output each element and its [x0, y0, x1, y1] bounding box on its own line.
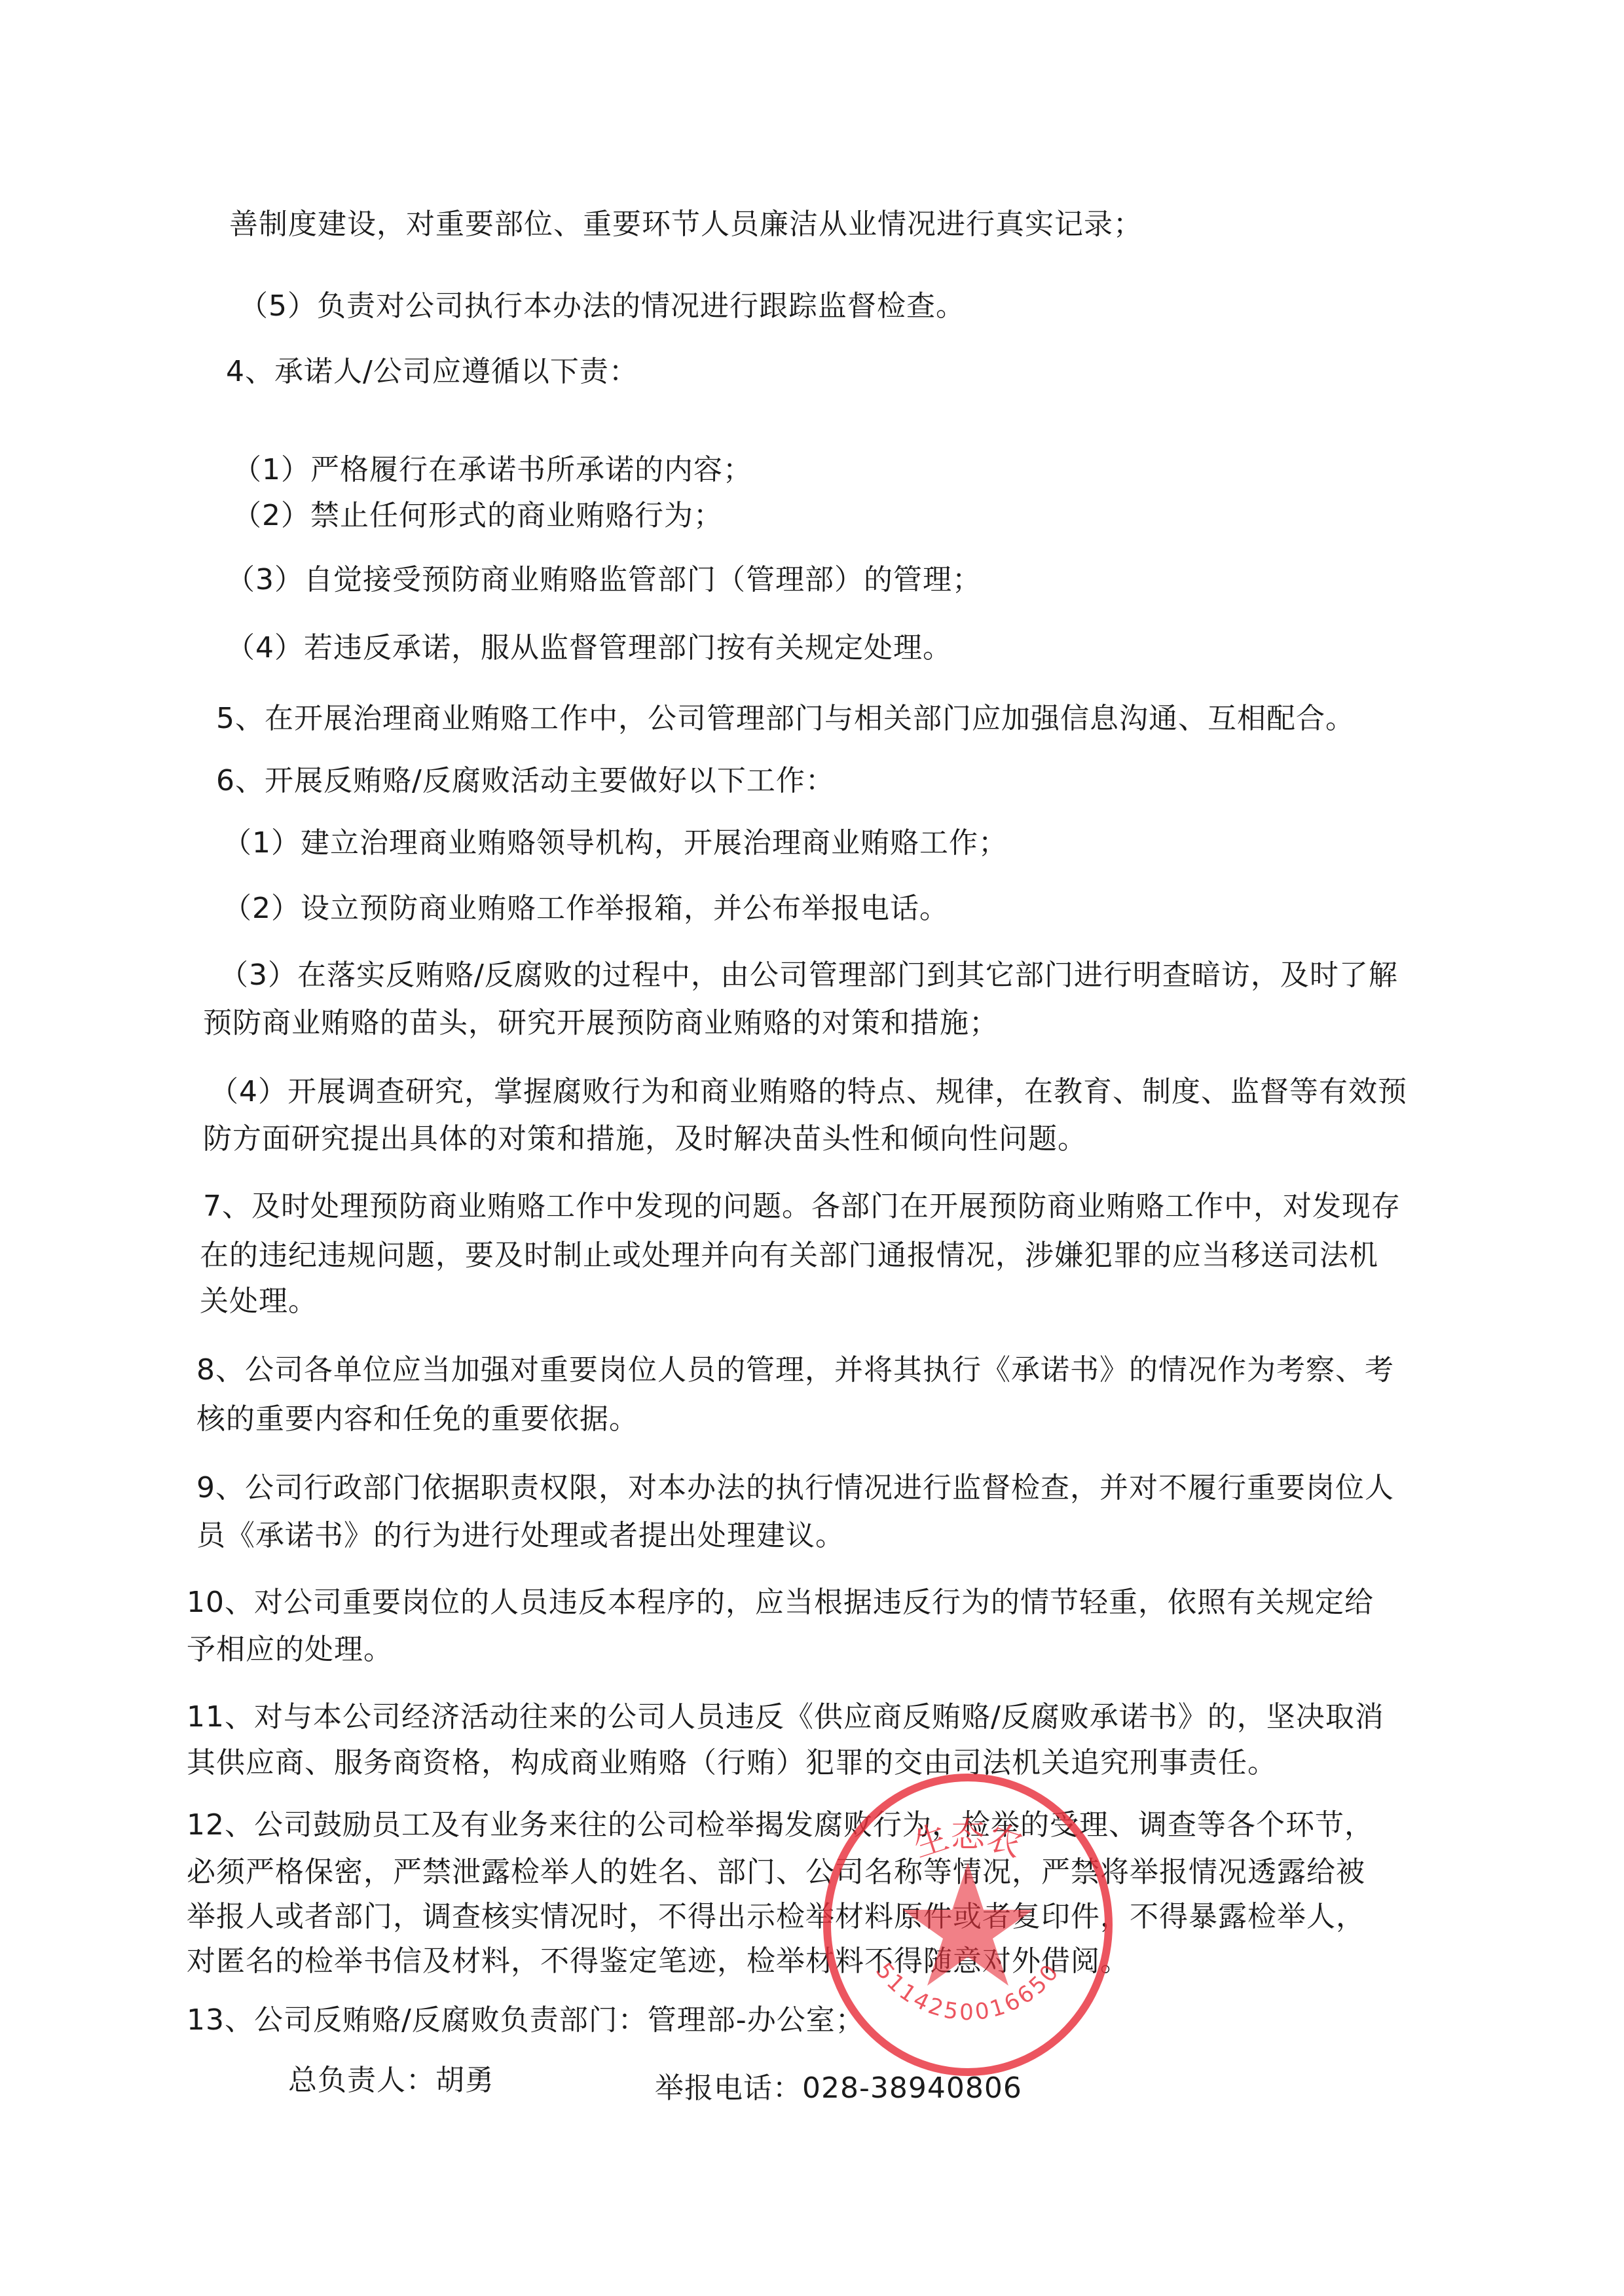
text-line: 必须严格保密，严禁泄露检举人的姓名、部门、公司名称等情况，严禁将举报情况透露给被	[187, 1854, 1365, 1891]
text-line: 9、公司行政部门依据职责权限，对本办法的执行情况进行监督检查，并对不履行重要岗位…	[196, 1470, 1394, 1506]
text-line: （1）严格履行在承诺书所承诺的内容；	[232, 452, 752, 488]
company-seal-stamp: 生态农 5114250016650	[798, 1764, 1138, 2079]
text-line: 13、公司反贿赂/反腐败负责部门：管理部-办公室；	[187, 2002, 865, 2039]
text-line: 12、公司鼓励员工及有业务来往的公司检举揭发腐败行为，检举的受理、调查等各个环节…	[187, 1807, 1374, 1844]
text-line: 预防商业贿赂的苗头，研究开展预防商业贿赂的对策和措施；	[203, 1005, 999, 1042]
text-line: （1）建立治理商业贿赂领导机构，开展治理商业贿赂工作；	[223, 825, 1008, 862]
text-line: （5）负责对公司执行本办法的情况进行跟踪监督检查。	[239, 288, 965, 325]
star-icon	[902, 1863, 1033, 1986]
seal-arc-text: 生态农	[909, 1815, 1027, 1865]
leader-field: 总负责人：胡勇	[288, 2062, 494, 2099]
text-line: 员《承诺书》的行为进行处理或者提出处理建议。	[196, 1518, 845, 1554]
text-line: 10、对公司重要岗位的人员违反本程序的，应当根据违反行为的情节轻重，依照有关规定…	[187, 1584, 1374, 1621]
text-line: 7、及时处理预防商业贿赂工作中发现的问题。各部门在开展预防商业贿赂工作中，对发现…	[203, 1188, 1401, 1225]
text-line: 在的违纪违规问题，要及时制止或处理并向有关部门通报情况，涉嫌犯罪的应当移送司法机	[200, 1237, 1378, 1274]
text-line: （2）设立预防商业贿赂工作举报箱，并公布举报电话。	[223, 890, 949, 927]
text-line: 11、对与本公司经济活动往来的公司人员违反《供应商反贿赂/反腐败承诺书》的，坚决…	[187, 1699, 1384, 1736]
text-line: （3）自觉接受预防商业贿赂监管部门（管理部）的管理；	[226, 562, 982, 598]
text-line: 举报人或者部门，调查核实情况时，不得出示检举材料原件或者复印件，不得暴露检举人，	[187, 1899, 1365, 1935]
text-line: （2）禁止任何形式的商业贿赂行为；	[232, 498, 723, 534]
text-line: 关处理。	[200, 1283, 318, 1320]
text-line: 防方面研究提出具体的对策和措施，及时解决苗头性和倾向性问题。	[203, 1121, 1087, 1157]
text-line: 核的重要内容和任免的重要依据。	[196, 1401, 638, 1438]
text-line: （3）在落实反贿赂/反腐败的过程中，由公司管理部门到其它部门进行明查暗访，及时了…	[219, 957, 1398, 994]
text-line: （4）若违反承诺，服从监督管理部门按有关规定处理。	[226, 630, 952, 666]
hotline-label: 举报电话：	[655, 2071, 802, 2105]
leader-name: 胡勇	[435, 2064, 494, 2097]
text-line: 8、公司各单位应当加强对重要岗位人员的管理，并将其执行《承诺书》的情况作为考察、…	[196, 1352, 1394, 1389]
scanned-document-page: 善制度建设，对重要部位、重要环节人员廉洁从业情况进行真实记录；（5）负责对公司执…	[0, 0, 1624, 2296]
text-line: （4）开展调查研究，掌握腐败行为和商业贿赂的特点、规律，在教育、制度、监督等有效…	[210, 1074, 1407, 1110]
text-line: 4、承诺人/公司应遵循以下责：	[226, 354, 638, 390]
text-line: 善制度建设，对重要部位、重要环节人员廉洁从业情况进行真实记录；	[229, 206, 1143, 243]
text-line: 5、在开展治理商业贿赂工作中，公司管理部门与相关部门应加强信息沟通、互相配合。	[216, 701, 1355, 737]
leader-label: 总负责人：	[288, 2064, 435, 2097]
text-line: 予相应的处理。	[187, 1631, 393, 1668]
text-line: 6、开展反贿赂/反腐败活动主要做好以下工作：	[216, 763, 835, 799]
seal-number: 5114250016650	[870, 1958, 1065, 2026]
